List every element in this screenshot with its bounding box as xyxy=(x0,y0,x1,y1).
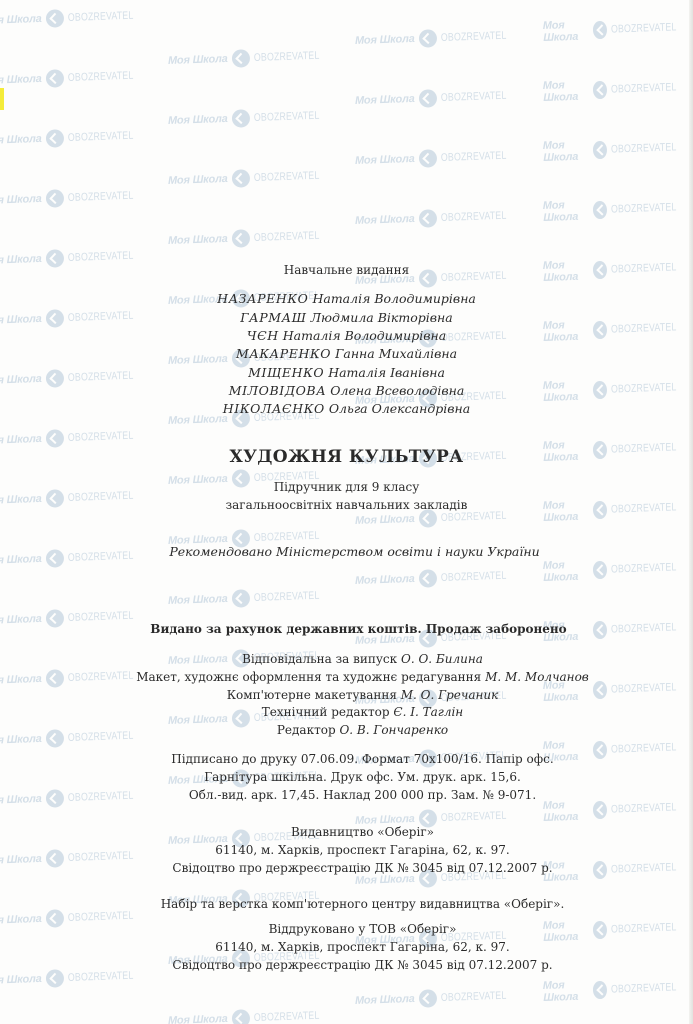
watermark-text: OBOZREVATEL xyxy=(440,570,506,584)
obozrevatel-logo-icon xyxy=(418,89,437,108)
watermark-text: OBOZREVATEL xyxy=(440,30,506,44)
watermark-text: OBOZREVATEL xyxy=(67,190,133,204)
watermark-text: Моя Школа xyxy=(355,93,415,107)
publisher-certificate: Свідоцтво про держреєстрацію ДК № 3045 в… xyxy=(16,861,693,875)
obozrevatel-logo-icon xyxy=(593,141,608,159)
watermark-text: OBOZREVATEL xyxy=(611,21,677,35)
watermark-text: Моя Школа xyxy=(543,18,590,44)
author-line: МІЛОВІДОВА Олена Всеволодівна xyxy=(0,383,693,398)
watermark-text: OBOZREVATEL xyxy=(67,250,133,264)
watermark: Моя ШколаOBOZREVATEL xyxy=(355,86,523,110)
obozrevatel-logo-icon xyxy=(231,1009,250,1024)
watermark: Моя ШколаOBOZREVATEL xyxy=(355,206,523,230)
watermark: Моя ШколаOBOZREVATEL xyxy=(0,6,150,30)
credit-line: Редактор О. В. Гончаренко xyxy=(16,723,693,737)
watermark-text: Моя Школа xyxy=(168,113,228,127)
watermark-text: Моя Школа xyxy=(355,573,415,587)
obozrevatel-logo-icon xyxy=(418,29,437,48)
watermark: Моя ШколаOBOZREVATEL xyxy=(355,986,523,1010)
obozrevatel-logo-icon xyxy=(231,49,250,68)
print-info-line: Підписано до друку 07.06.09. Формат 70x1… xyxy=(16,752,693,766)
watermark-text: OBOZREVATEL xyxy=(253,230,319,244)
watermark: Моя ШколаOBOZREVATEL xyxy=(0,66,150,90)
watermark-text: Моя Школа xyxy=(0,193,42,207)
watermark-text: OBOZREVATEL xyxy=(67,430,133,444)
obozrevatel-logo-icon xyxy=(231,169,250,188)
watermark-text: Моя Школа xyxy=(355,33,415,47)
watermark-text: Моя Школа xyxy=(168,233,228,247)
obozrevatel-logo-icon xyxy=(593,981,608,999)
printer-certificate: Свідоцтво про держреєстрацію ДК № 3045 в… xyxy=(16,958,693,972)
author-line: МАКАРЕНКО Ганна Михайлівна xyxy=(0,346,693,361)
watermark-text: Моя Школа xyxy=(543,978,590,1004)
watermark-text: OBOZREVATEL xyxy=(611,561,677,575)
watermark: Моя ШколаOBOZREVATEL xyxy=(168,586,336,610)
publisher-name: Видавництво «Оберіг» xyxy=(16,825,693,839)
watermark-text: Моя Школа xyxy=(543,78,590,104)
obozrevatel-logo-icon xyxy=(45,9,64,28)
watermark: Моя ШколаOBOZREVATEL xyxy=(543,975,693,1004)
credit-line: Відповідальна за випуск О. О. Билина xyxy=(16,652,693,666)
watermark-text: Моя Школа xyxy=(543,198,590,224)
watermark: Моя ШколаOBOZREVATEL xyxy=(0,186,150,210)
obozrevatel-logo-icon xyxy=(45,129,64,148)
credit-line: Макет, художнє оформлення та художнє ред… xyxy=(16,670,693,684)
watermark: Моя ШколаOBOZREVATEL xyxy=(0,126,150,150)
watermark-text: OBOZREVATEL xyxy=(253,1010,319,1024)
watermark-text: Моя Школа xyxy=(168,53,228,67)
watermark-text: OBOZREVATEL xyxy=(611,981,677,995)
watermark-text: OBOZREVATEL xyxy=(253,590,319,604)
watermark: Моя ШколаOBOZREVATEL xyxy=(168,226,336,250)
watermark-text: OBOZREVATEL xyxy=(67,130,133,144)
watermark-text: OBOZREVATEL xyxy=(440,210,506,224)
watermark-text: OBOZREVATEL xyxy=(440,810,506,824)
watermark-text: Моя Школа xyxy=(543,558,590,584)
watermark: Моя ШколаOBOZREVATEL xyxy=(543,75,693,104)
print-info-line: Обл.-вид. арк. 17,45. Наклад 200 000 пр.… xyxy=(16,788,693,802)
author-line: ЧЄН Наталія Володимирівна xyxy=(0,328,693,343)
obozrevatel-logo-icon xyxy=(45,69,64,88)
watermark-text: Моя Школа xyxy=(355,993,415,1007)
watermark: Моя ШколаOBOZREVATEL xyxy=(168,1006,336,1024)
obozrevatel-logo-icon xyxy=(418,149,437,168)
author-line: МІЩЕНКО Наталія Іванівна xyxy=(0,365,693,380)
obozrevatel-logo-icon xyxy=(593,21,608,39)
obozrevatel-logo-icon xyxy=(593,561,608,579)
obozrevatel-logo-icon xyxy=(45,189,64,208)
watermark-text: Моя Школа xyxy=(355,153,415,167)
printer-name: Віддруковано у ТОВ «Оберіг» xyxy=(16,922,693,936)
obozrevatel-logo-icon xyxy=(45,429,64,448)
yellow-edge-mark xyxy=(0,88,4,110)
watermark-text: OBOZREVATEL xyxy=(611,81,677,95)
obozrevatel-logo-icon xyxy=(418,569,437,588)
obozrevatel-logo-icon xyxy=(231,229,250,248)
obozrevatel-logo-icon xyxy=(418,209,437,228)
watermark-text: Моя Школа xyxy=(168,593,228,607)
watermark: Моя ШколаOBOZREVATEL xyxy=(355,26,523,50)
watermark: Моя ШколаOBOZREVATEL xyxy=(543,195,693,224)
watermark: Моя ШколаOBOZREVATEL xyxy=(168,166,336,190)
watermark-text: OBOZREVATEL xyxy=(611,141,677,155)
watermark: Моя ШколаOBOZREVATEL xyxy=(355,146,523,170)
funding-note: Видано за рахунок державних коштів. Прод… xyxy=(12,622,693,636)
watermark-text: OBOZREVATEL xyxy=(440,150,506,164)
author-line: НІКОЛАЄНКО Ольга Олександрівна xyxy=(0,401,693,416)
watermark-text: OBOZREVATEL xyxy=(253,530,319,544)
author-line: НАЗАРЕНКО Наталія Володимирівна xyxy=(0,291,693,306)
author-line: ГАРМАШ Людмила Вікторівна xyxy=(0,310,693,325)
watermark-text: OBOZREVATEL xyxy=(440,90,506,104)
obozrevatel-logo-icon xyxy=(593,81,608,99)
watermark-text: OBOZREVATEL xyxy=(67,10,133,24)
edition-type: Навчальне видання xyxy=(0,263,693,277)
watermark-text: OBOZREVATEL xyxy=(611,801,677,815)
obozrevatel-logo-icon xyxy=(593,801,608,819)
watermark-text: Моя Школа xyxy=(0,133,42,147)
subtitle-schools: загальноосвітніх навчальних закладів xyxy=(0,498,693,512)
watermark: Моя ШколаOBOZREVATEL xyxy=(168,106,336,130)
watermark-text: Моя Школа xyxy=(355,513,415,527)
watermark-text: Моя Школа xyxy=(0,13,42,27)
watermark-text: Моя Школа xyxy=(355,213,415,227)
obozrevatel-logo-icon xyxy=(231,109,250,128)
watermark-text: OBOZREVATEL xyxy=(67,70,133,84)
watermark-text: OBOZREVATEL xyxy=(253,50,319,64)
watermark-text: Моя Школа xyxy=(0,73,42,87)
watermark-text: Моя Школа xyxy=(543,798,590,824)
typesetting-note: Набір та верстка комп'ютерного центру ви… xyxy=(16,897,693,911)
print-info-line: Гарнітура шкільна. Друк офс. Ум. друк. а… xyxy=(16,770,693,784)
watermark-text: Моя Школа xyxy=(168,1013,228,1024)
watermark: Моя ШколаOBOZREVATEL xyxy=(543,555,693,584)
watermark: Моя ШколаOBOZREVATEL xyxy=(543,15,693,44)
watermark-text: Моя Школа xyxy=(168,173,228,187)
watermark-text: Моя Школа xyxy=(0,433,42,447)
printer-address: 61140, м. Харків, проспект Гагаріна, 62,… xyxy=(16,940,693,954)
watermark-text: Моя Школа xyxy=(0,973,42,987)
subtitle-grade: Підручник для 9 класу xyxy=(0,480,693,494)
book-title: ХУДОЖНЯ КУЛЬТУРА xyxy=(0,447,693,467)
credit-line: Технічний редактор Є. І. Таглін xyxy=(16,705,693,719)
watermark-text: OBOZREVATEL xyxy=(253,170,319,184)
watermark-text: OBOZREVATEL xyxy=(440,990,506,1004)
watermark: Моя ШколаOBOZREVATEL xyxy=(543,135,693,164)
ministry-recommendation: Рекомендовано Міністерством освіти і нау… xyxy=(8,544,693,559)
publisher-address: 61140, м. Харків, проспект Гагаріна, 62,… xyxy=(16,843,693,857)
watermark: Моя ШколаOBOZREVATEL xyxy=(355,566,523,590)
obozrevatel-logo-icon xyxy=(418,989,437,1008)
watermark-text: Моя Школа xyxy=(355,873,415,887)
watermark: Моя ШколаOBOZREVATEL xyxy=(168,46,336,70)
watermark-text: OBOZREVATEL xyxy=(253,110,319,124)
obozrevatel-logo-icon xyxy=(231,589,250,608)
watermark-text: Моя Школа xyxy=(543,138,590,164)
credit-line: Комп'ютерне макетування М. О. Гречаник xyxy=(16,688,693,702)
watermark-text: OBOZREVATEL xyxy=(611,201,677,215)
obozrevatel-logo-icon xyxy=(593,201,608,219)
